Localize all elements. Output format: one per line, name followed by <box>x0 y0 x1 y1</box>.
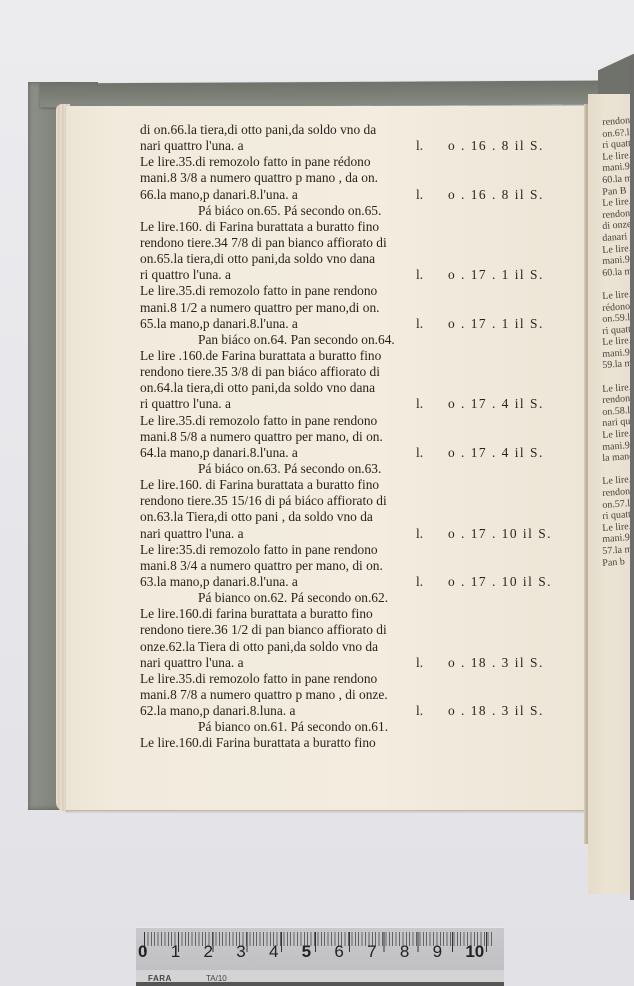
line-text: on.63.la Tiera,di otto pani , da soldo v… <box>140 509 408 525</box>
line-text: di on.66.la tiera,di otto pani,da soldo … <box>140 122 408 138</box>
text-line: di on.66.la tiera,di otto pani,da soldo … <box>140 122 580 138</box>
line-text: rendono tiere.36 1/2 di pan bianco affio… <box>140 622 408 638</box>
ruler-number: 6 <box>334 942 367 962</box>
text-line: mani.8 7/8 a numero quattro p mano , di … <box>140 687 580 703</box>
line-text: mani.8 7/8 a numero quattro p mano , di … <box>140 687 408 703</box>
book-cover-top-edge <box>40 81 610 108</box>
scale-ruler: 012345678910 FARA TA/10 <box>136 927 504 986</box>
libre-marker: l. <box>416 703 438 719</box>
ruler-number: 3 <box>236 942 269 962</box>
price-amount: o . 17 . 4 il S. <box>448 396 544 412</box>
line-text: rendono tiere.35 3/8 di pan biáco affior… <box>140 364 408 380</box>
line-text: nari quattro l'una. a <box>140 526 408 542</box>
text-line: nari quattro l'una. al.o . 16 . 8 il S. <box>140 138 580 154</box>
libre-marker: l. <box>416 396 438 412</box>
section-heading: Pá bianco on.62. Pá secondo on.62. <box>140 590 580 606</box>
right-page-fragment: rendono ton.6?.la tri quattroLe lire.3 5… <box>588 94 634 894</box>
price-amount: o . 18 . 3 il S. <box>448 703 544 719</box>
line-text: mani.8 1/2 a numero quattro per mano,di … <box>140 300 408 316</box>
ruler-number: 5 <box>302 942 335 962</box>
section-heading: Pan biáco on.64. Pan secondo on.64. <box>140 332 580 348</box>
libre-marker: l. <box>416 526 438 542</box>
line-text: rendono tiere.35 15/16 di pá biáco affio… <box>140 493 408 509</box>
ruler-bottom-bar <box>136 982 504 986</box>
line-text: Le lire.35.di remozolo fatto in pane ren… <box>140 413 408 429</box>
text-line: 63.la mano,p danari.8.l'una. al.o . 17 .… <box>140 574 580 590</box>
right-frame-edge <box>630 60 634 900</box>
text-line: 62.la mano,p danari.8.luna. al.o . 18 . … <box>140 703 580 719</box>
price-amount: o . 17 . 10 il S. <box>448 574 552 590</box>
ruler-number: 1 <box>171 942 204 962</box>
libre-marker: l. <box>416 655 438 671</box>
text-line: Le lire.160. di Farina burattata a burat… <box>140 219 580 235</box>
line-text: Pá bianco on.62. Pá secondo on.62. <box>198 590 466 606</box>
price-amount: o . 17 . 10 il S. <box>448 526 552 542</box>
text-line: Le lire.35.di remozolo fatto in pane ren… <box>140 671 580 687</box>
text-line: Le lire.160.di Farina burattata a buratt… <box>140 735 580 751</box>
text-line: Le lire.35.di remozolo fatto in pane ren… <box>140 413 580 429</box>
text-line: 65.la mano,p danari.8.l'una. al.o . 17 .… <box>140 316 580 332</box>
ruler-number: 2 <box>203 942 236 962</box>
line-text: Le lire.160.di farina burattata a buratt… <box>140 606 408 622</box>
libre-marker: l. <box>416 187 438 203</box>
section-heading: Pá biáco on.63. Pá secondo on.63. <box>140 461 580 477</box>
line-text: mani.8 5/8 a numero quattro per mano, di… <box>140 429 408 445</box>
line-text: Le lire .160.de Farina burattata a burat… <box>140 348 408 364</box>
ruler-numbers: 012345678910 <box>138 942 504 962</box>
libre-marker: l. <box>416 316 438 332</box>
line-text: Le lire:35.di remozolo fatto in pane ren… <box>140 542 408 558</box>
price-amount: o . 18 . 3 il S. <box>448 655 544 671</box>
text-line: mani.8 1/2 a numero quattro per mano,di … <box>140 300 580 316</box>
line-text: Pá bianco on.61. Pá secondo on.61. <box>198 719 466 735</box>
text-line: Le lire.160.di farina burattata a buratt… <box>140 606 580 622</box>
text-line: on.65.la tiera,di otto pani,da soldo vno… <box>140 251 580 267</box>
text-line: ri quattro l'una. al.o . 17 . 4 il S. <box>140 396 580 412</box>
line-text: 63.la mano,p danari.8.l'una. a <box>140 574 408 590</box>
text-line: rendono tiere.36 1/2 di pan bianco affio… <box>140 622 580 638</box>
text-line: onze.62.la Tiera di otto pani,da soldo v… <box>140 639 580 655</box>
text-line: Le lire.35.di remozolo fatto in pane ren… <box>140 283 580 299</box>
text-line: 66.la mano,p danari.8.l'una. al.o . 16 .… <box>140 187 580 203</box>
ruler-number: 10 <box>465 942 498 962</box>
line-text: on.65.la tiera,di otto pani,da soldo vno… <box>140 251 408 267</box>
line-text: rendono tiere.34 7/8 di pan bianco affio… <box>140 235 408 251</box>
text-line: Le lire:35.di remozolo fatto in pane ren… <box>140 542 580 558</box>
line-text: nari quattro l'una. a <box>140 655 408 671</box>
ruler-number: 8 <box>400 942 433 962</box>
ruler-number: 4 <box>269 942 302 962</box>
line-text: Le lire.160. di Farina burattata a burat… <box>140 477 408 493</box>
section-heading: Pá bianco on.61. Pá secondo on.61. <box>140 719 580 735</box>
libre-marker: l. <box>416 138 438 154</box>
text-line: rendono tiere.35 15/16 di pá biáco affio… <box>140 493 580 509</box>
text-line: on.63.la Tiera,di otto pani , da soldo v… <box>140 509 580 525</box>
fragment-line: Pan b <box>588 555 634 570</box>
left-page-text: di on.66.la tiera,di otto pani,da soldo … <box>140 122 580 751</box>
libre-marker: l. <box>416 445 438 461</box>
text-line: nari quattro l'una. al.o . 17 . 10 il S. <box>140 526 580 542</box>
line-text: Pá biáco on.63. Pá secondo on.63. <box>198 461 466 477</box>
text-line: mani.8 3/4 a numero quattro per mano, di… <box>140 558 580 574</box>
line-text: Pá biáco on.65. Pá secondo on.65. <box>198 203 466 219</box>
right-page-text: rendono ton.6?.la tri quattroLe lire.3 5… <box>588 94 634 570</box>
line-text: ri quattro l'una. a <box>140 267 408 283</box>
text-line: rendono tiere.35 3/8 di pan biáco affior… <box>140 364 580 380</box>
ruler-number: 9 <box>433 942 466 962</box>
line-text: 66.la mano,p danari.8.l'una. a <box>140 187 408 203</box>
line-text: Le lire.160.di Farina burattata a buratt… <box>140 735 408 751</box>
price-amount: o . 16 . 8 il S. <box>448 138 544 154</box>
price-amount: o . 17 . 1 il S. <box>448 316 544 332</box>
line-text: onze.62.la Tiera di otto pani,da soldo v… <box>140 639 408 655</box>
section-heading: Pá biáco on.65. Pá secondo on.65. <box>140 203 580 219</box>
text-line: on.64.la tiera,di otto pani,da soldo vno… <box>140 380 580 396</box>
price-amount: o . 17 . 4 il S. <box>448 445 544 461</box>
line-text: nari quattro l'una. a <box>140 138 408 154</box>
line-text: 62.la mano,p danari.8.luna. a <box>140 703 408 719</box>
text-line: Le lire .160.de Farina burattata a burat… <box>140 348 580 364</box>
line-text: 65.la mano,p danari.8.l'una. a <box>140 316 408 332</box>
line-text: ri quattro l'una. a <box>140 396 408 412</box>
text-line: 64.la mano,p danari.8.l'una. al.o . 17 .… <box>140 445 580 461</box>
text-line: rendono tiere.34 7/8 di pan bianco affio… <box>140 235 580 251</box>
line-text: mani.8 3/4 a numero quattro per mano, di… <box>140 558 408 574</box>
text-line: Le lire.160. di Farina burattata a burat… <box>140 477 580 493</box>
libre-marker: l. <box>416 574 438 590</box>
price-amount: o . 17 . 1 il S. <box>448 267 544 283</box>
text-line: mani.8 5/8 a numero quattro per mano, di… <box>140 429 580 445</box>
price-amount: o . 16 . 8 il S. <box>448 187 544 203</box>
libre-marker: l. <box>416 267 438 283</box>
line-text: Pan biáco on.64. Pan secondo on.64. <box>198 332 466 348</box>
ruler-number: 7 <box>367 942 400 962</box>
line-text: on.64.la tiera,di otto pani,da soldo vno… <box>140 380 408 396</box>
line-text: Le lire.35.di remozolo fatto in pane ren… <box>140 283 408 299</box>
line-text: mani.8 3/8 a numero quattro p mano , da … <box>140 170 408 186</box>
text-line: nari quattro l'una. al.o . 18 . 3 il S. <box>140 655 580 671</box>
line-text: Le lire.35.di remozolo fatto in pane ren… <box>140 671 408 687</box>
line-text: Le lire.35.di remozolo fatto in pane réd… <box>140 154 408 170</box>
ruler-number: 0 <box>138 942 171 962</box>
text-line: mani.8 3/8 a numero quattro p mano , da … <box>140 170 580 186</box>
line-text: Le lire.160. di Farina burattata a burat… <box>140 219 408 235</box>
text-line: ri quattro l'una. al.o . 17 . 1 il S. <box>140 267 580 283</box>
text-line: Le lire.35.di remozolo fatto in pane réd… <box>140 154 580 170</box>
line-text: 64.la mano,p danari.8.l'una. a <box>140 445 408 461</box>
